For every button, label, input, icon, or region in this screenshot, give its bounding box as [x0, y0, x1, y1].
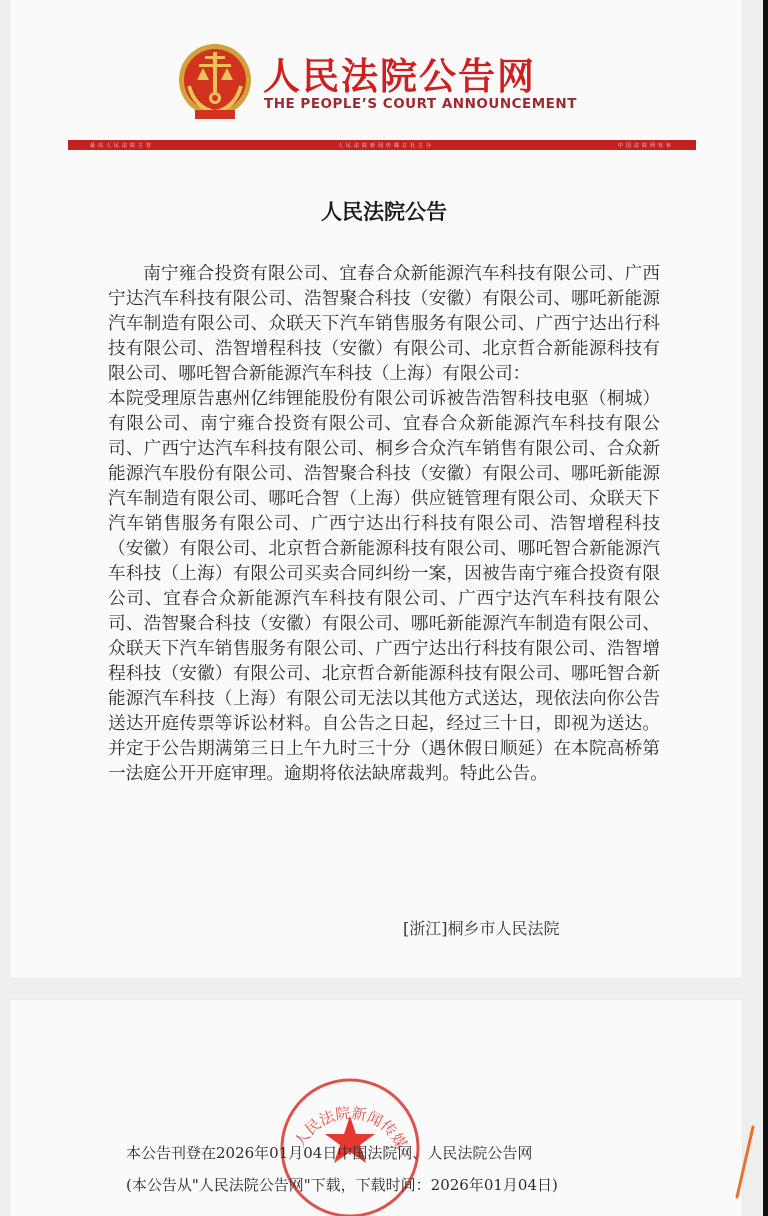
screen-edge: [763, 0, 768, 1216]
published-info: 本公告刊登在2026年01月04日中国法院网、人民法院公告网: [126, 1142, 532, 1163]
banner-text-supervisor: 最高人民法院主管: [90, 142, 154, 149]
site-title: 人民法院公告网: [263, 46, 536, 100]
court-signature: [浙江]桐乡市人民法院: [403, 916, 560, 939]
banner-text-host: 人民法院新闻传媒总社主办: [338, 142, 434, 149]
notice-body: 南宁雍合投资有限公司、宜春合众新能源汽车科技有限公司、广西宁达汽车科技有限公司、…: [108, 262, 660, 787]
header-banner: 最高人民法院主管 人民法院新闻传媒总社主办 中国法院网发布: [68, 140, 696, 150]
court-emblem-icon: [177, 42, 253, 122]
notice-addressees: 南宁雍合投资有限公司、宜春合众新能源汽车科技有限公司、广西宁达汽车科技有限公司、…: [108, 262, 660, 387]
download-info: (本公告从"人民法院公告网"下载，下载时间：2026年01月04日): [126, 1174, 558, 1195]
annotation-stroke-icon: [735, 1125, 755, 1200]
site-subtitle: THE PEOPLE’S COURT ANNOUNCEMENT: [264, 96, 577, 112]
banner-text-publisher: 中国法院网发布: [618, 142, 674, 149]
notice-title: 人民法院公告: [0, 196, 768, 226]
notice-content: 本院受理原告惠州亿纬锂能股份有限公司诉被告浩智科技电驱（桐城）有限公司、南宁雍合…: [108, 387, 660, 787]
